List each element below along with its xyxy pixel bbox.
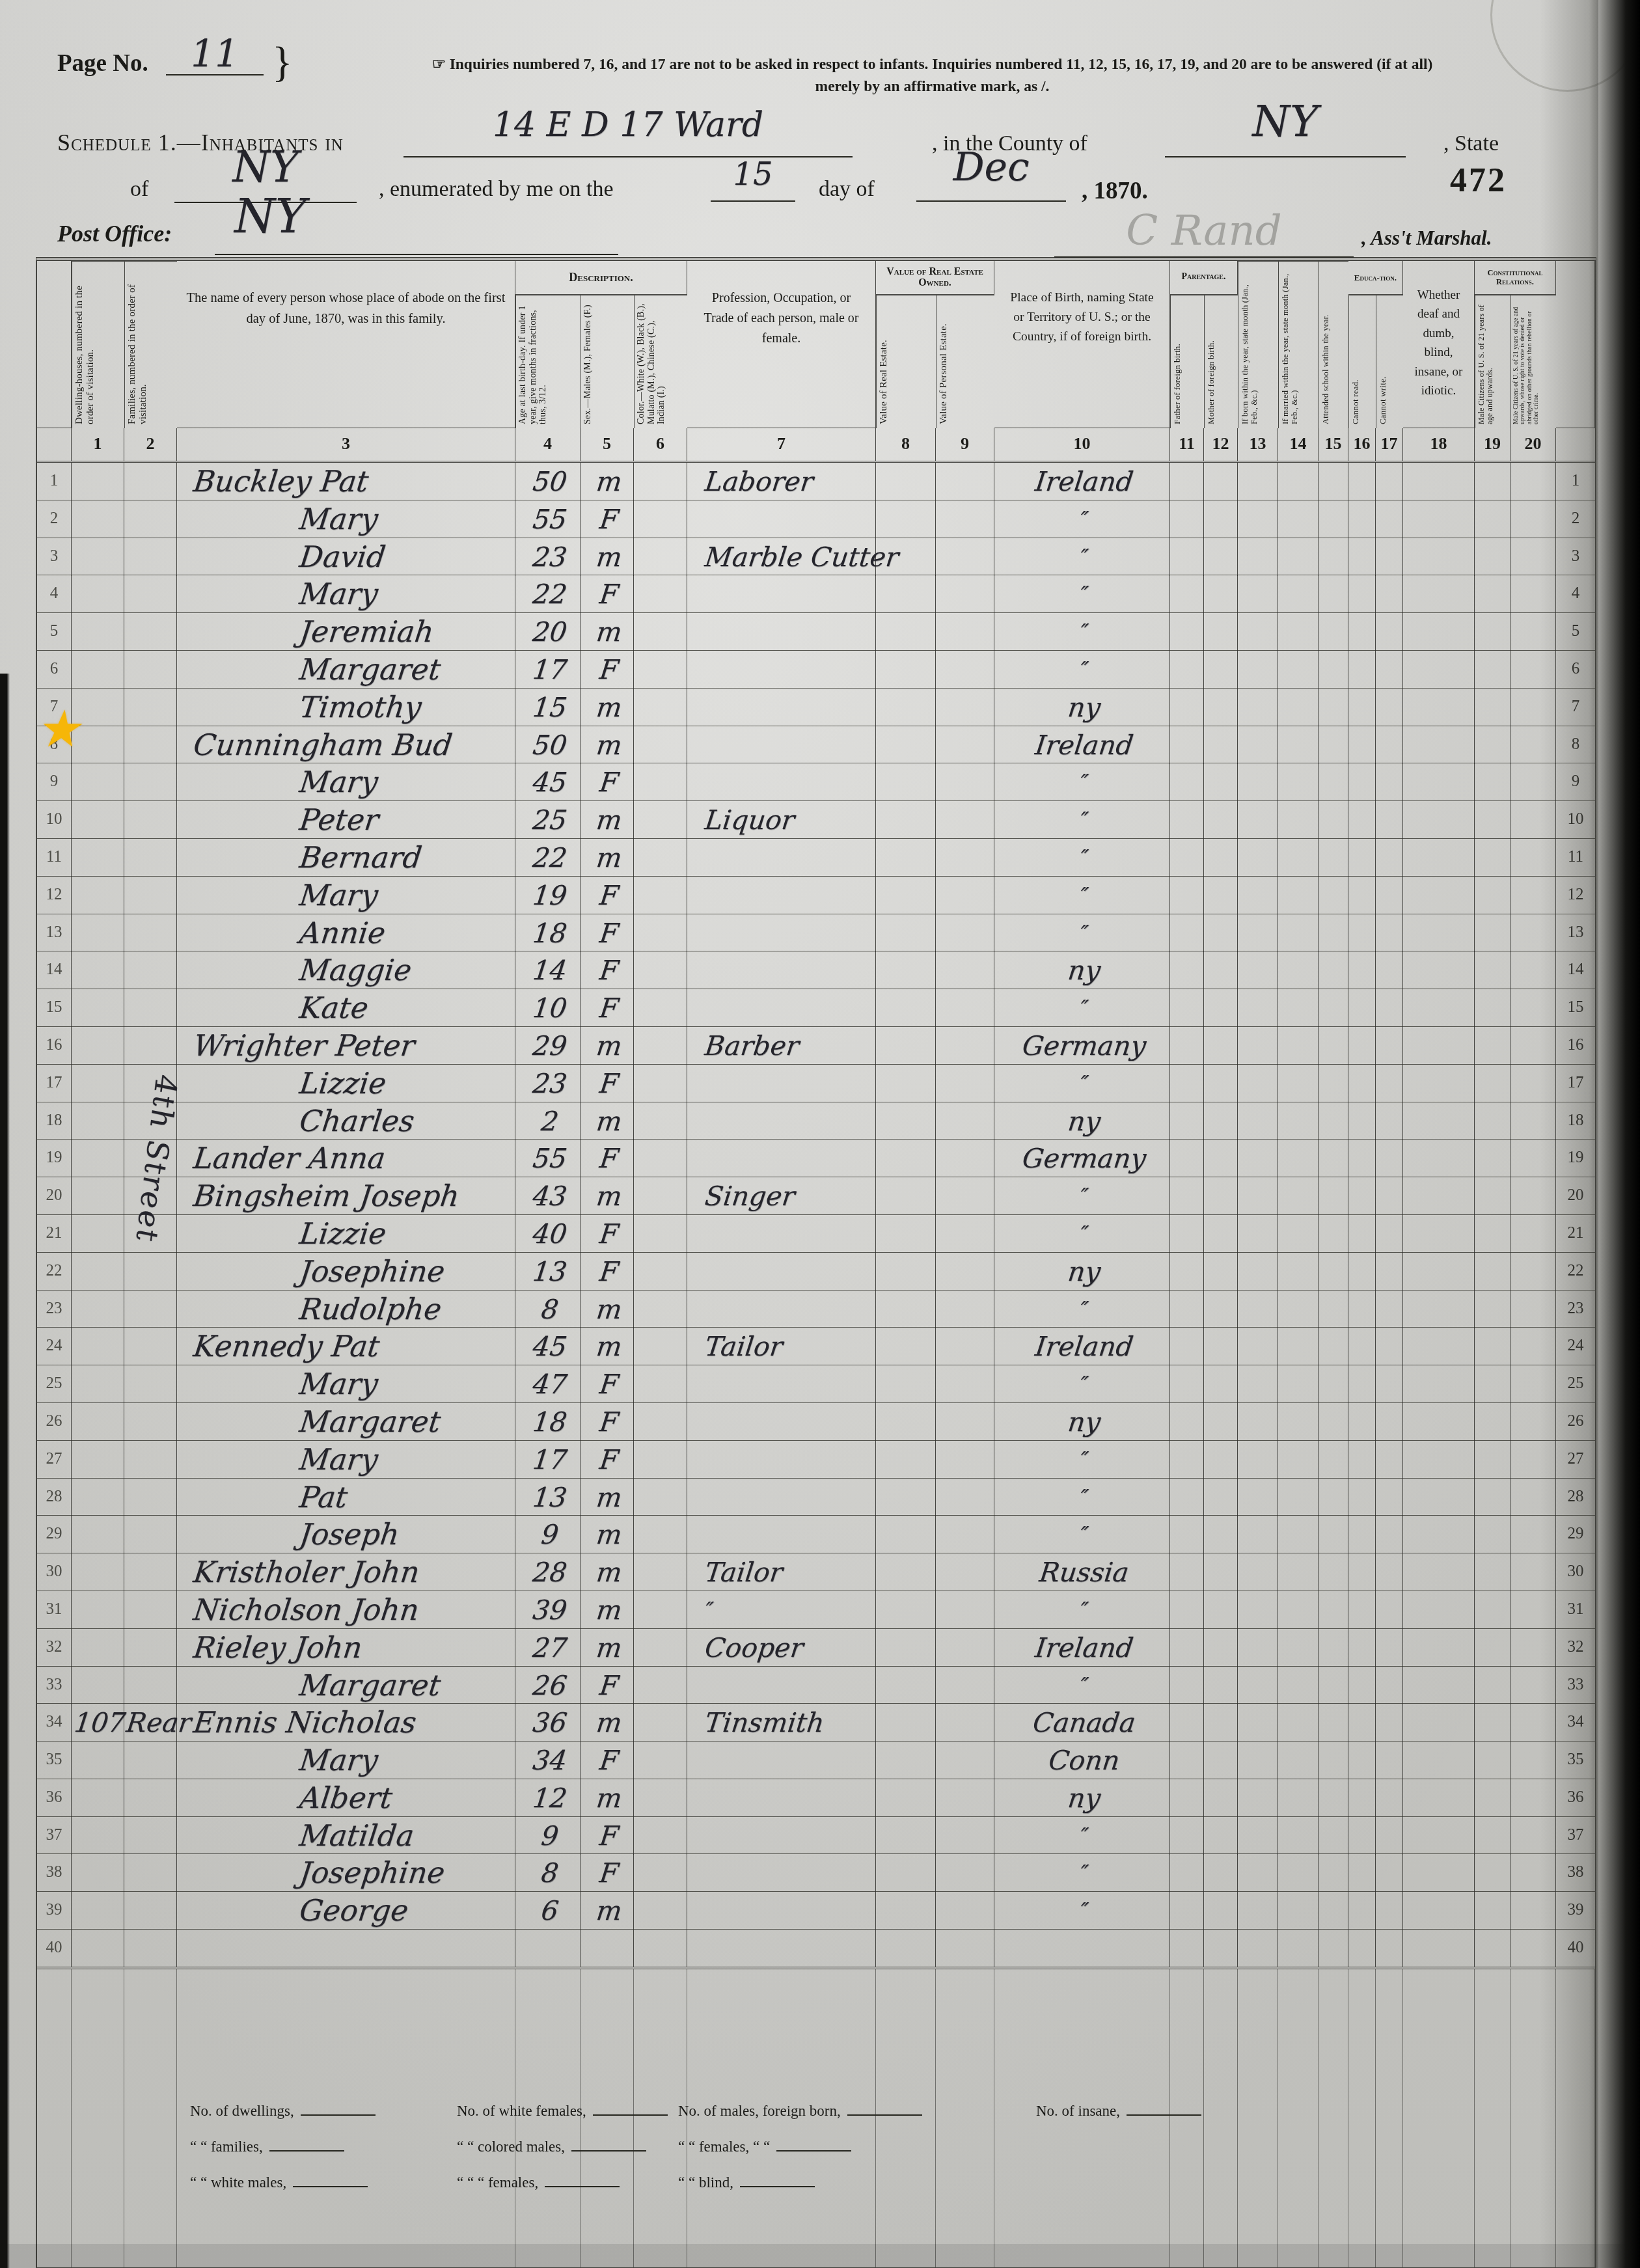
cell-married-month — [1278, 575, 1319, 613]
footer-total-line: “ “ “ females, — [457, 2174, 668, 2191]
cell-born-month — [1238, 463, 1278, 500]
table-row: 14Maggie14Fny14 — [37, 951, 1595, 989]
row-number-left: 18 — [37, 1102, 72, 1140]
cell-born-month — [1238, 575, 1278, 613]
cell-color — [634, 1253, 687, 1291]
birthplace-value: Ireland — [994, 726, 1174, 764]
cell-father-foreign — [1170, 1892, 1204, 1930]
cell-deaf-dumb — [1403, 877, 1475, 914]
cell-father-foreign — [1170, 877, 1204, 914]
cell-cannot-read — [1348, 1817, 1376, 1855]
cell-mother-foreign — [1204, 951, 1238, 989]
cell-mother-foreign — [1204, 1065, 1238, 1102]
cell-school — [1319, 1253, 1348, 1291]
cell-dwelling — [72, 801, 124, 839]
header-number-11: 11 — [1170, 428, 1204, 461]
cell-occupation — [687, 1817, 876, 1855]
cell-occupation — [687, 1403, 876, 1441]
cell-cannot-read — [1348, 1140, 1376, 1177]
cell-cannot-write — [1376, 1817, 1403, 1855]
cell-born-month — [1238, 1065, 1278, 1102]
cell-cannot-write — [1376, 575, 1403, 613]
footer-rule-cell — [72, 1969, 124, 2267]
cell-birthplace: ″ — [994, 763, 1170, 801]
of-label: of — [130, 177, 148, 202]
star-marker-icon: ★ — [36, 704, 89, 755]
header-group-description: Description. — [515, 261, 687, 295]
cell-family — [124, 1779, 177, 1817]
cell-family — [124, 1253, 177, 1291]
cell-family — [124, 1291, 177, 1328]
cell-dwelling — [72, 1854, 124, 1892]
cell-deaf-dumb — [1403, 914, 1475, 952]
cell-sex: m — [581, 463, 634, 500]
row-number-left: 26 — [37, 1403, 72, 1441]
cell-father-foreign — [1170, 1102, 1204, 1140]
sex-value: m — [581, 613, 638, 651]
cell-birthplace: ny — [994, 1779, 1170, 1817]
cell-color — [634, 575, 687, 613]
state-value: NY — [232, 142, 298, 192]
cell-sex: m — [581, 1892, 634, 1930]
header-col-personal-estate: Value of Personal Estate. — [936, 295, 994, 428]
cell-color — [634, 1629, 687, 1667]
header-col-father-foreign: Father of foreign birth. — [1170, 295, 1204, 428]
cell-born-month — [1238, 1817, 1278, 1855]
cell-school — [1319, 951, 1348, 989]
cell-birthplace: Canada — [994, 1704, 1170, 1742]
cell-cannot-write — [1376, 463, 1403, 500]
cell-male-citizen — [1475, 951, 1510, 989]
cell-born-month — [1238, 1215, 1278, 1253]
cell-occupation: Singer — [687, 1177, 876, 1215]
cell-family — [124, 1854, 177, 1892]
age-value: 17 — [515, 1441, 584, 1479]
table-header: Dwelling-houses, numbered in the order o… — [37, 261, 1595, 463]
birthplace-value: ″ — [994, 839, 1174, 877]
cell-family — [124, 1817, 177, 1855]
birthplace-value: Ireland — [994, 1629, 1174, 1667]
cell-married-month — [1278, 914, 1319, 952]
cell-father-foreign — [1170, 1629, 1204, 1667]
cell-cannot-read — [1348, 1291, 1376, 1328]
cell-sex: m — [581, 1779, 634, 1817]
cell-mother-foreign — [1204, 1215, 1238, 1253]
cell-school — [1319, 1479, 1348, 1516]
cell-occupation: Cooper — [687, 1629, 876, 1667]
cell-birthplace: Ireland — [994, 1629, 1170, 1667]
footer-total-blank — [740, 2186, 815, 2187]
cell-family — [124, 1365, 177, 1403]
cell-mother-foreign — [1204, 1140, 1238, 1177]
cell-real-estate — [876, 500, 936, 538]
cell-father-foreign — [1170, 575, 1204, 613]
cell-birthplace: Ireland — [994, 1328, 1170, 1365]
person-name: Josephine — [177, 1854, 519, 1892]
cell-birthplace: ″ — [994, 877, 1170, 914]
footer-zone: No. of dwellings,“ “ families,“ “ white … — [37, 1969, 1595, 2267]
cell-male-citizen — [1475, 1215, 1510, 1253]
cell-cannot-read — [1348, 1479, 1376, 1516]
occupation-value: Laborer — [703, 463, 880, 500]
footer-total-label: No. of insane, — [1036, 2103, 1120, 2119]
cell-color — [634, 1177, 687, 1215]
sex-value: F — [581, 575, 638, 613]
row-number-left: 17 — [37, 1065, 72, 1102]
age-value: 55 — [515, 500, 584, 538]
cell-school — [1319, 839, 1348, 877]
cell-personal-estate — [936, 1817, 994, 1855]
cell-deaf-dumb — [1403, 1102, 1475, 1140]
cell-cannot-write — [1376, 914, 1403, 952]
family-note: Rear — [124, 1704, 181, 1742]
cell-dwelling — [72, 1365, 124, 1403]
row-number-left: 13 — [37, 914, 72, 952]
cell-personal-estate — [936, 1779, 994, 1817]
cell-personal-estate — [936, 1065, 994, 1102]
occupation-value: Barber — [703, 1027, 880, 1065]
cell-born-month — [1238, 613, 1278, 651]
cell-occupation — [687, 689, 876, 726]
cell-born-month — [1238, 839, 1278, 877]
person-name: Mary — [177, 763, 519, 801]
cell-occupation — [687, 989, 876, 1027]
cell-personal-estate — [936, 726, 994, 764]
dwelling-number: 107 — [72, 1704, 128, 1742]
cell-color — [634, 463, 687, 500]
cell-deaf-dumb — [1403, 801, 1475, 839]
cell-married-month — [1278, 877, 1319, 914]
cell-personal-estate — [936, 1854, 994, 1892]
occupation-value: Tailor — [703, 1328, 880, 1365]
schedule-underline: 14 E D 17 Ward — [403, 105, 853, 157]
birthplace-value: ″ — [994, 1817, 1174, 1855]
cell-born-month — [1238, 1253, 1278, 1291]
header-number-19: 19 — [1475, 428, 1510, 461]
age-value: 22 — [515, 575, 584, 613]
cell-real-estate — [876, 1591, 936, 1629]
cell-personal-estate — [936, 763, 994, 801]
row-number-left: 34 — [37, 1704, 72, 1742]
table-row: 8Cunningham Bud50mIreland8 — [37, 726, 1595, 764]
cell-married-month — [1278, 1065, 1319, 1102]
cell-deaf-dumb — [1403, 1667, 1475, 1704]
header-col-sex: Sex.—Males (M.), Females (F.) — [581, 295, 634, 428]
sex-value: m — [581, 839, 638, 877]
cell-school — [1319, 1892, 1348, 1930]
cell-married-month — [1278, 1817, 1319, 1855]
cell-deaf-dumb — [1403, 1365, 1475, 1403]
cell-sex: F — [581, 877, 634, 914]
cell-mother-foreign — [1204, 989, 1238, 1027]
cell-sex: m — [581, 1629, 634, 1667]
cell-cannot-read — [1348, 1441, 1376, 1479]
page-no-value: 11 — [191, 31, 239, 75]
header-col-birthplace: Place of Birth, naming State or Territor… — [994, 261, 1170, 428]
cell-sex: F — [581, 1742, 634, 1779]
cell-married-month — [1278, 1365, 1319, 1403]
cell-age: 27 — [515, 1629, 581, 1667]
cell-sex: F — [581, 1253, 634, 1291]
cell-cannot-read — [1348, 951, 1376, 989]
cell-cannot-read — [1348, 1027, 1376, 1065]
cell-male-citizen — [1475, 1704, 1510, 1742]
cell-school — [1319, 1140, 1348, 1177]
cell-family — [124, 1479, 177, 1516]
cell-birthplace: ″ — [994, 801, 1170, 839]
cell-birthplace: ″ — [994, 1516, 1170, 1553]
cell-school — [1319, 1667, 1348, 1704]
age-value: 23 — [515, 538, 584, 576]
cell-name: Mary — [177, 500, 515, 538]
cell-mother-foreign — [1204, 1704, 1238, 1742]
cell-sex: m — [581, 1591, 634, 1629]
person-name: Mary — [177, 1365, 519, 1403]
table-row: 32Rieley John27mCooperIreland32 — [37, 1629, 1595, 1667]
age-value: 25 — [515, 801, 584, 839]
cell-male-citizen — [1475, 763, 1510, 801]
cell-born-month — [1238, 1704, 1278, 1742]
birthplace-value: ″ — [994, 1065, 1174, 1102]
cell-male-citizen — [1475, 1742, 1510, 1779]
cell-dwelling — [72, 1892, 124, 1930]
cell-school — [1319, 1817, 1348, 1855]
cell-age: 23 — [515, 538, 581, 576]
cell-birthplace: ″ — [994, 1177, 1170, 1215]
cell-color — [634, 1140, 687, 1177]
sex-value: F — [581, 1854, 638, 1892]
cell-deaf-dumb — [1403, 1291, 1475, 1328]
cell-cannot-write — [1376, 1516, 1403, 1553]
sex-value: F — [581, 1817, 638, 1855]
cell-color — [634, 1403, 687, 1441]
cell-family — [124, 1553, 177, 1591]
cell-school — [1319, 1930, 1348, 1967]
header-number-18: 18 — [1403, 428, 1475, 461]
cell-married-month — [1278, 1930, 1319, 1967]
age-value: 18 — [515, 914, 584, 952]
birthplace-value: ″ — [994, 1215, 1174, 1253]
age-value: 9 — [515, 1817, 584, 1855]
cell-deaf-dumb — [1403, 726, 1475, 764]
cell-male-citizen — [1475, 651, 1510, 689]
cell-deaf-dumb — [1403, 575, 1475, 613]
cell-cannot-read — [1348, 877, 1376, 914]
cell-married-month — [1278, 1779, 1319, 1817]
cell-age: 8 — [515, 1854, 581, 1892]
cell-real-estate — [876, 1553, 936, 1591]
row-number-left: 39 — [37, 1892, 72, 1930]
cell-personal-estate — [936, 1591, 994, 1629]
cell-birthplace: Ireland — [994, 463, 1170, 500]
occupation-value: Cooper — [703, 1629, 880, 1667]
cell-father-foreign — [1170, 1479, 1204, 1516]
cell-born-month — [1238, 1930, 1278, 1967]
cell-dwelling — [72, 763, 124, 801]
cell-mother-foreign — [1204, 1779, 1238, 1817]
cell-father-foreign — [1170, 1817, 1204, 1855]
birthplace-value: ″ — [994, 1667, 1174, 1704]
cell-family — [124, 839, 177, 877]
cell-mother-foreign — [1204, 538, 1238, 576]
table-row: 1Buckley Pat50mLaborerIreland1 — [37, 463, 1595, 500]
totals-block-4: No. of insane, — [1036, 2103, 1201, 2138]
row-number-left: 15 — [37, 989, 72, 1027]
row-number-left: 6 — [37, 651, 72, 689]
row-number-left: 25 — [37, 1365, 72, 1403]
row-number-left: 30 — [37, 1553, 72, 1591]
table-row: 33Margaret26F″33 — [37, 1667, 1595, 1704]
footer-total-label: No. of white females, — [457, 2103, 586, 2119]
sex-value: m — [581, 1591, 638, 1629]
header-group-parentage: Parentage. — [1170, 261, 1238, 295]
cell-real-estate — [876, 1365, 936, 1403]
row-number-left: 22 — [37, 1253, 72, 1291]
cell-born-month — [1238, 1403, 1278, 1441]
birthplace-value: ny — [994, 1403, 1174, 1441]
birthplace-value: ″ — [994, 1365, 1174, 1403]
cell-color — [634, 500, 687, 538]
footer-total-label: “ “ females, “ “ — [678, 2138, 770, 2155]
cell-male-citizen — [1475, 1065, 1510, 1102]
cell-personal-estate — [936, 951, 994, 989]
birthplace-value: ny — [994, 1253, 1174, 1291]
cell-birthplace: ″ — [994, 1854, 1170, 1892]
cell-name: Matilda — [177, 1817, 515, 1855]
cell-sex: F — [581, 1365, 634, 1403]
cell-married-month — [1278, 839, 1319, 877]
cell-age: 22 — [515, 839, 581, 877]
cell-cannot-read — [1348, 1779, 1376, 1817]
header-number-7: 7 — [687, 428, 876, 461]
age-value: 14 — [515, 951, 584, 989]
table-row: 27Mary17F″27 — [37, 1441, 1595, 1479]
cell-deaf-dumb — [1403, 951, 1475, 989]
cell-color — [634, 689, 687, 726]
cell-personal-estate — [936, 1102, 994, 1140]
cell-father-foreign — [1170, 1930, 1204, 1967]
footer-rule-cell — [1238, 1969, 1278, 2267]
footer-total-blank — [847, 2114, 922, 2116]
cell-real-estate — [876, 1177, 936, 1215]
cell-married-month — [1278, 1591, 1319, 1629]
table-row: 15Kate10F″15 — [37, 989, 1595, 1027]
cell-family — [124, 575, 177, 613]
cell-family — [124, 613, 177, 651]
cell-father-foreign — [1170, 1516, 1204, 1553]
cell-personal-estate — [936, 1704, 994, 1742]
cell-real-estate — [876, 1065, 936, 1102]
cell-age: 8 — [515, 1291, 581, 1328]
cell-cannot-read — [1348, 1930, 1376, 1967]
cell-mother-foreign — [1204, 763, 1238, 801]
cell-dwelling — [72, 1553, 124, 1591]
cell-occupation — [687, 1667, 876, 1704]
cell-birthplace: Ireland — [994, 726, 1170, 764]
cell-age: 9 — [515, 1516, 581, 1553]
birthplace-value: ″ — [994, 1177, 1174, 1215]
cell-born-month — [1238, 1591, 1278, 1629]
cell-birthplace: ny — [994, 951, 1170, 989]
table-row: 16Wrighter Peter29mBarberGermany16 — [37, 1027, 1595, 1065]
cell-occupation: Marble Cutter — [687, 538, 876, 576]
cell-birthplace: ″ — [994, 500, 1170, 538]
page-no-underline: 11 — [166, 31, 264, 75]
cell-real-estate — [876, 877, 936, 914]
person-name: Mary — [177, 575, 519, 613]
footer-total-line: No. of males, foreign born, — [678, 2103, 922, 2120]
cell-father-foreign — [1170, 1328, 1204, 1365]
cell-real-estate — [876, 463, 936, 500]
birthplace-value: ″ — [994, 613, 1174, 651]
cell-married-month — [1278, 1892, 1319, 1930]
header-col-mother-foreign: Mother of foreign birth. — [1204, 295, 1238, 428]
census-table: Dwelling-houses, numbered in the order o… — [36, 257, 1596, 2268]
cell-real-estate — [876, 1328, 936, 1365]
cell-father-foreign — [1170, 989, 1204, 1027]
cell-deaf-dumb — [1403, 1253, 1475, 1291]
cell-school — [1319, 1779, 1348, 1817]
cell-age: 13 — [515, 1253, 581, 1291]
cell-school — [1319, 1328, 1348, 1365]
cell-deaf-dumb — [1403, 1704, 1475, 1742]
cell-sex: F — [581, 1817, 634, 1855]
cell-real-estate — [876, 763, 936, 801]
cell-born-month — [1238, 914, 1278, 952]
row-number-left: 19 — [37, 1140, 72, 1177]
cell-married-month — [1278, 1403, 1319, 1441]
cell-color — [634, 763, 687, 801]
cell-school — [1319, 575, 1348, 613]
cell-cannot-write — [1376, 1779, 1403, 1817]
cell-male-citizen — [1475, 1102, 1510, 1140]
person-name: Buckley Pat — [177, 463, 519, 500]
cell-deaf-dumb — [1403, 1065, 1475, 1102]
birthplace-value: ″ — [994, 1291, 1174, 1328]
cell-mother-foreign — [1204, 1854, 1238, 1892]
cell-school — [1319, 689, 1348, 726]
cell-occupation — [687, 914, 876, 952]
cell-name: Kristholer John — [177, 1553, 515, 1591]
table-row: 10Peter25mLiquor″10 — [37, 801, 1595, 839]
cell-real-estate — [876, 1704, 936, 1742]
cell-married-month — [1278, 1253, 1319, 1291]
cell-personal-estate — [936, 538, 994, 576]
table-row: 28Pat13m″28 — [37, 1479, 1595, 1516]
cell-sex: m — [581, 1516, 634, 1553]
cell-born-month — [1238, 801, 1278, 839]
cell-age: 28 — [515, 1553, 581, 1591]
cell-deaf-dumb — [1403, 1328, 1475, 1365]
cell-personal-estate — [936, 877, 994, 914]
table-row: 23Rudolphe8m″23 — [37, 1291, 1595, 1328]
cell-age: 19 — [515, 877, 581, 914]
cell-mother-foreign — [1204, 1328, 1238, 1365]
row-number-left: 20 — [37, 1177, 72, 1215]
header-number-16: 16 — [1348, 428, 1376, 461]
footer-total-blank — [269, 2150, 344, 2152]
person-name: Nicholson John — [177, 1591, 519, 1629]
birthplace-value: ″ — [994, 1441, 1174, 1479]
cell-deaf-dumb — [1403, 1140, 1475, 1177]
cell-personal-estate — [936, 613, 994, 651]
cell-cannot-read — [1348, 1854, 1376, 1892]
cell-cannot-write — [1376, 1479, 1403, 1516]
cell-family — [124, 1667, 177, 1704]
cell-real-estate — [876, 951, 936, 989]
cell-name: Charles — [177, 1102, 515, 1140]
footer-rule-cell — [1319, 1969, 1348, 2267]
